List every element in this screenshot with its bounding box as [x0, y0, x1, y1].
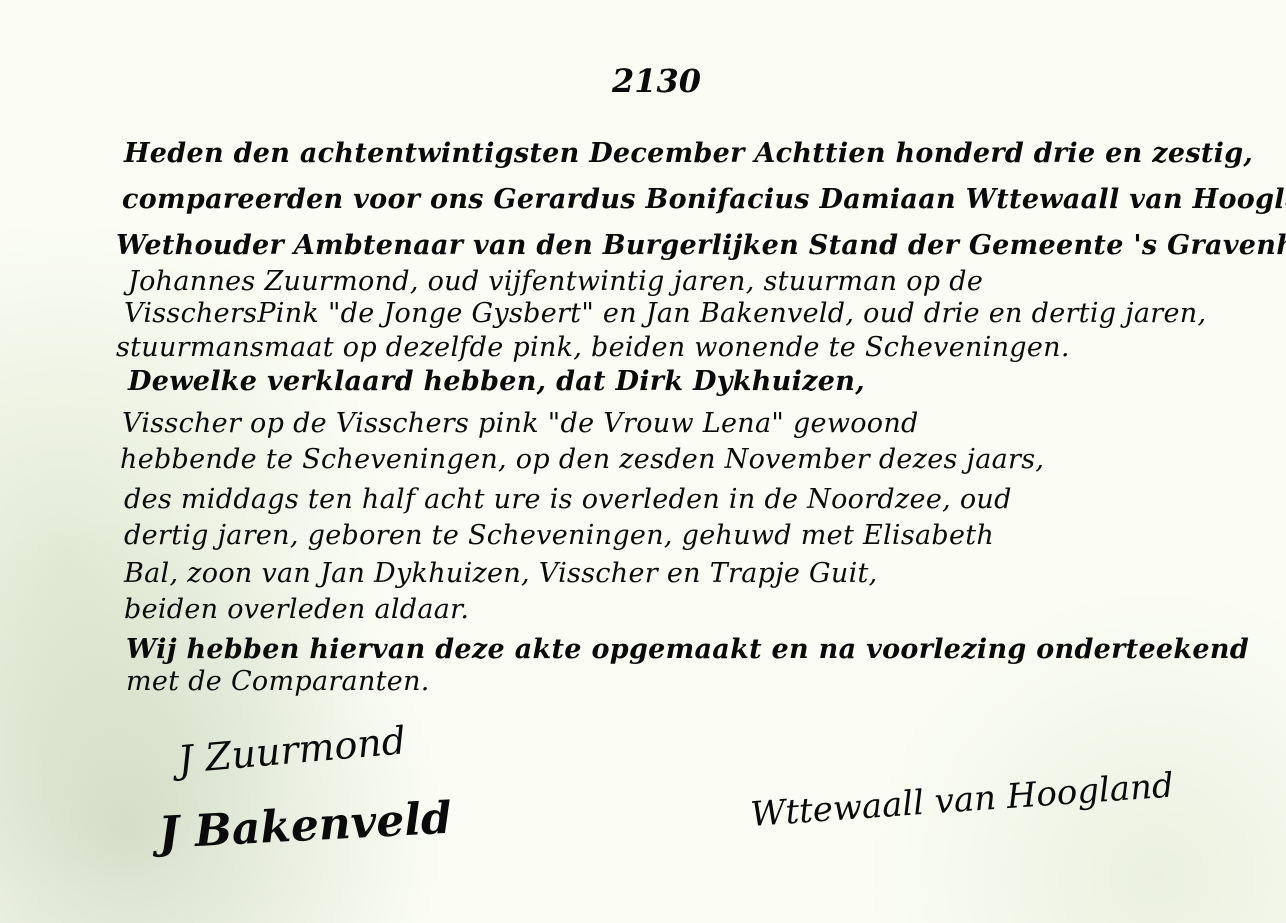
- line-15: met de Comparanten.: [126, 668, 430, 695]
- signature-official: Wttewaall van Hoogland: [749, 766, 1175, 835]
- line-14: Wij hebben hiervan deze akte opgemaakt e…: [126, 636, 1249, 663]
- line-13: beiden overleden aldaar.: [124, 596, 469, 623]
- line-7-text: Dewelke verklaard hebben, dat Dirk Dykhu…: [128, 366, 865, 397]
- signature-witness-2: J Bakenveld: [157, 793, 453, 859]
- page-number: 2130: [612, 62, 701, 100]
- line-2: compareerden voor ons Gerardus Bonifaciu…: [122, 186, 1286, 213]
- line-6: stuurmansmaat op dezelfde pink, beiden w…: [116, 334, 1070, 361]
- signature-witness-1: J Zuurmond: [176, 718, 408, 782]
- line-7: Dewelke verklaard hebben, dat Dirk Dykhu…: [128, 368, 865, 395]
- line-5: VisschersPink "de Jonge Gysbert" en Jan …: [124, 300, 1206, 327]
- line-12: Bal, zoon van Jan Dykhuizen, Visscher en…: [124, 560, 878, 587]
- line-1: Heden den achtentwintigsten December Ach…: [124, 140, 1253, 167]
- line-11: dertig jaren, geboren te Scheveningen, g…: [124, 522, 994, 549]
- line-8: Visscher op de Visschers pink "de Vrouw …: [122, 410, 919, 437]
- line-9: hebbende te Scheveningen, op den zesden …: [120, 446, 1044, 473]
- line-10: des middags ten half acht ure is overled…: [124, 486, 1012, 513]
- line-4: Johannes Zuurmond, oud vijfentwintig jar…: [128, 268, 983, 295]
- line-3: Wethouder Ambtenaar van den Burgerlijken…: [116, 232, 1286, 259]
